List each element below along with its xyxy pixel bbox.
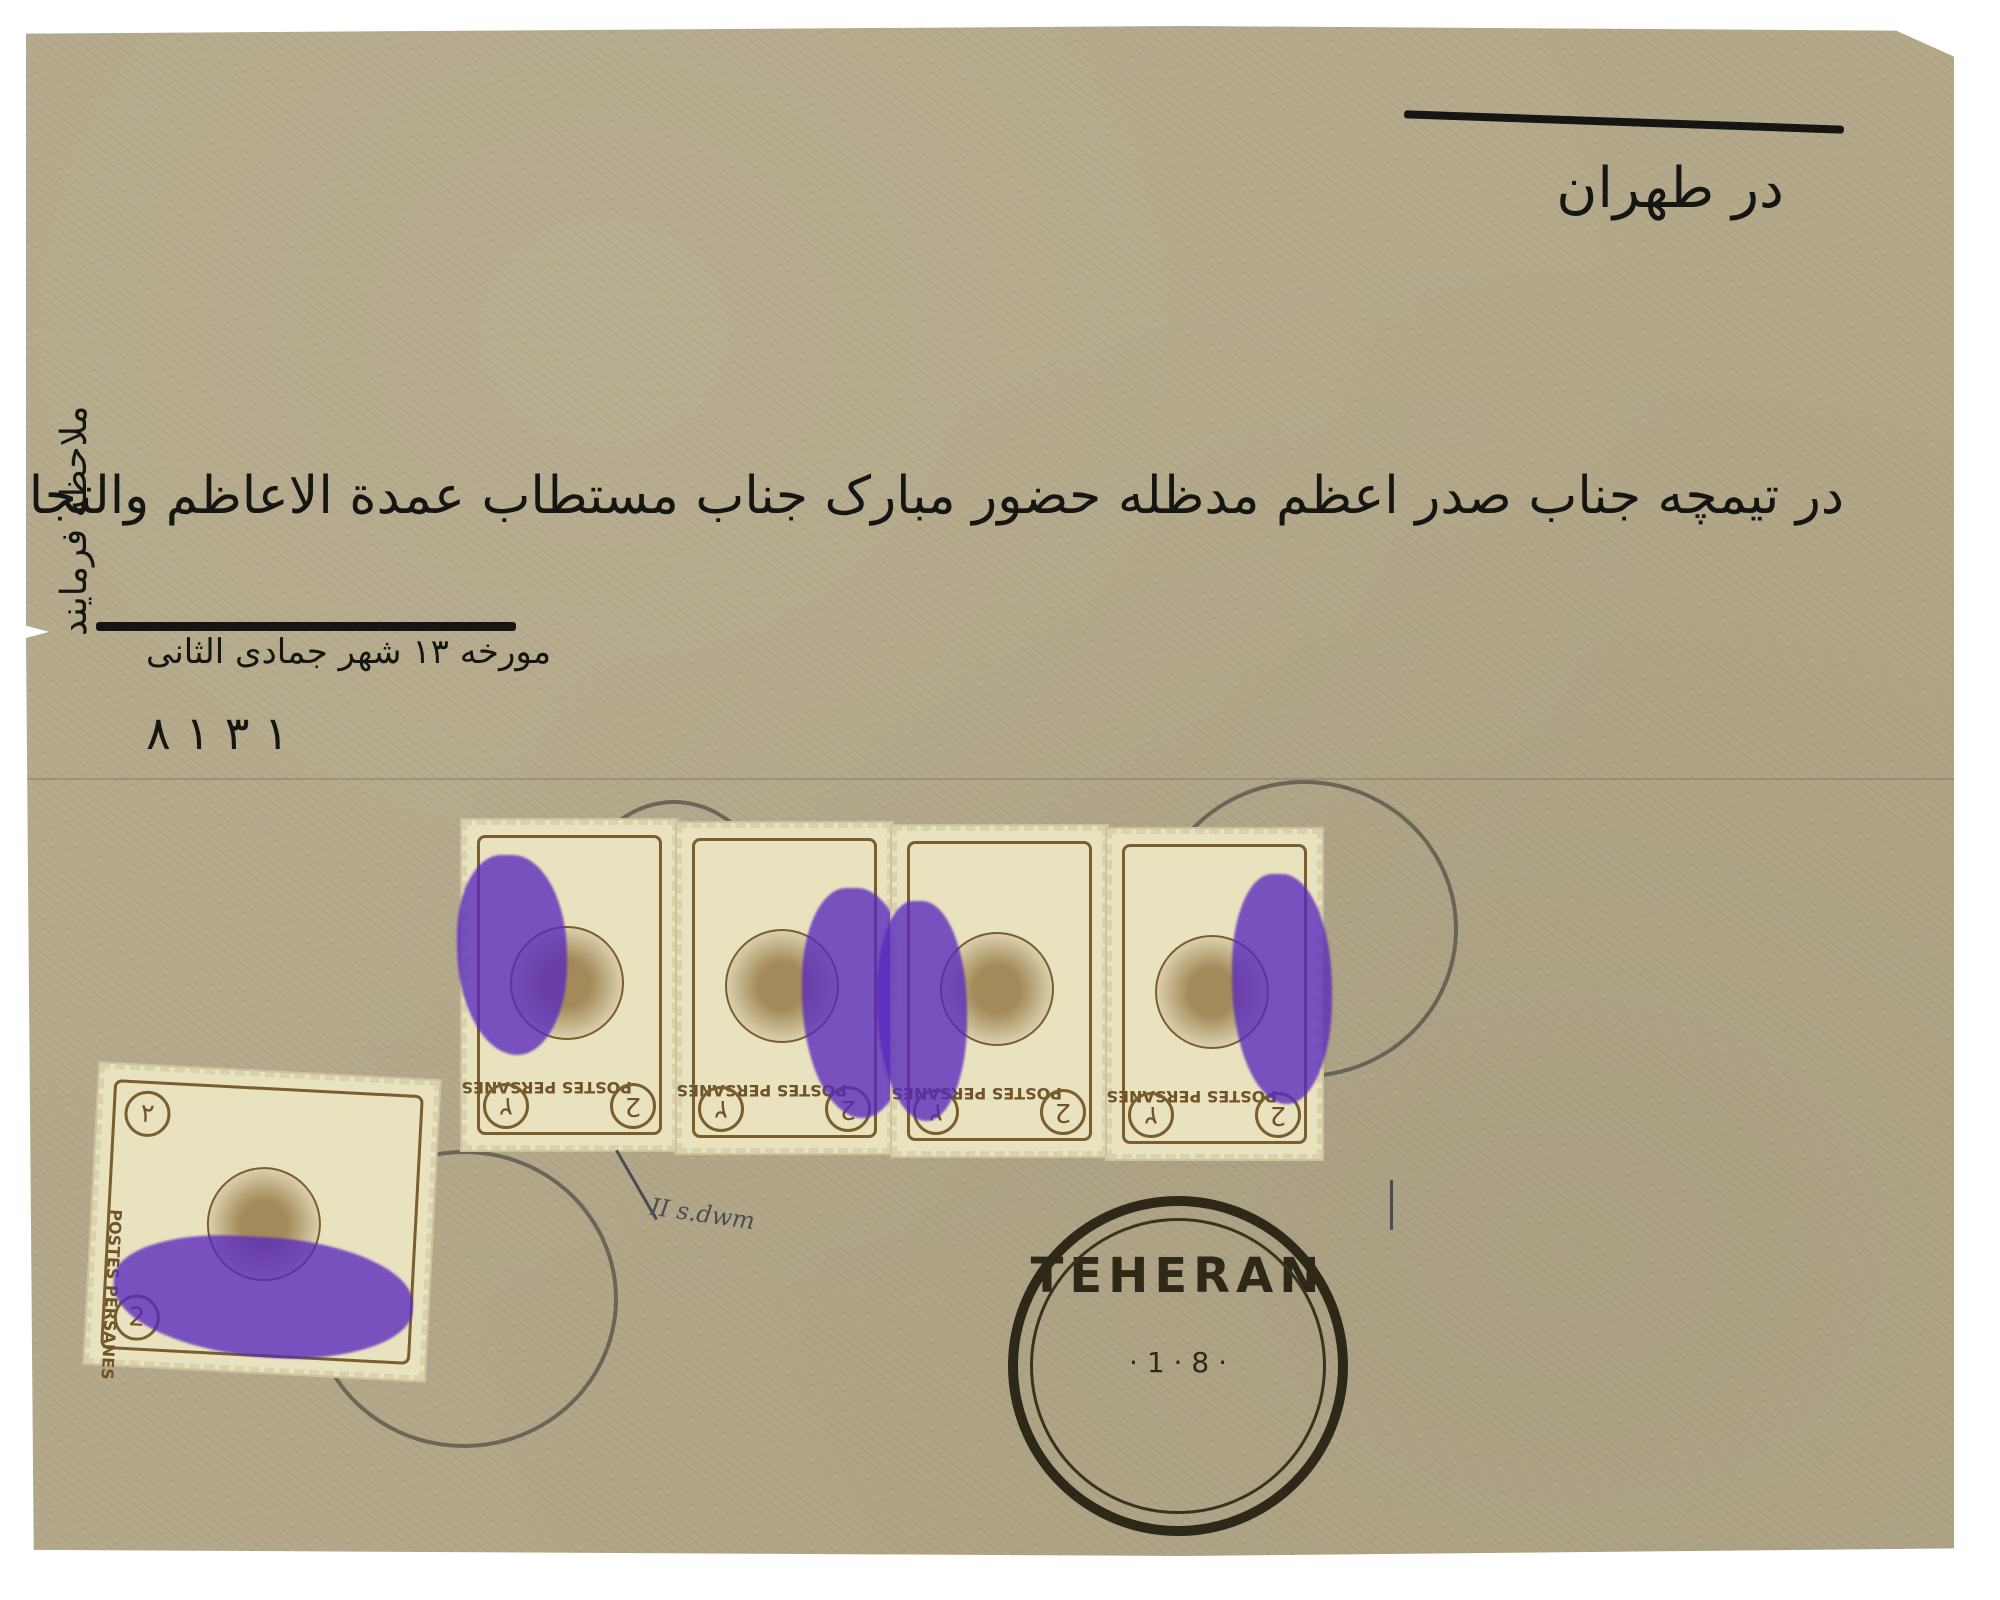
postmark-date: · 1 · 8 ·: [1129, 1346, 1227, 1379]
date-line: مورخه ۱۳ شهر جمادی الثانی: [146, 632, 551, 672]
date-rule: [96, 622, 516, 631]
city-underline: [1404, 110, 1844, 133]
strip-stamp: POSTES PERSANES2۲: [462, 820, 677, 1150]
teheran-postmark: TEHERAN · 1 · 8 ·: [1008, 1196, 1348, 1536]
stamp-value: 2: [610, 1083, 656, 1129]
postmark-city: TEHERAN: [1031, 1248, 1326, 1304]
stamp-value: ۲: [1128, 1092, 1174, 1138]
stamp-value: 2: [1040, 1089, 1086, 1135]
strip-stamp: POSTES PERSANES2۲: [1107, 829, 1322, 1159]
strip-stamp: POSTES PERSANES2۲: [892, 826, 1107, 1156]
strip-stamp: POSTES PERSANES2۲: [677, 823, 892, 1153]
addressee-line: در تیمچه جناب صدر اعظم مدظله حضور مبارک …: [0, 466, 1844, 526]
stamp-value: ۲: [483, 1083, 529, 1129]
year-line: ۱ ۳ ۱ ۸: [146, 706, 289, 760]
stamp-value: ۲: [698, 1086, 744, 1132]
flap-fold-line: [26, 778, 1954, 780]
destination-city: در طهران: [1556, 156, 1784, 221]
single-stamp: POSTES PERSANES ۲ 2: [84, 1063, 439, 1380]
pencil-tick: [1390, 1180, 1393, 1230]
margin-note: ملاحظه فرمایند: [54, 406, 95, 636]
